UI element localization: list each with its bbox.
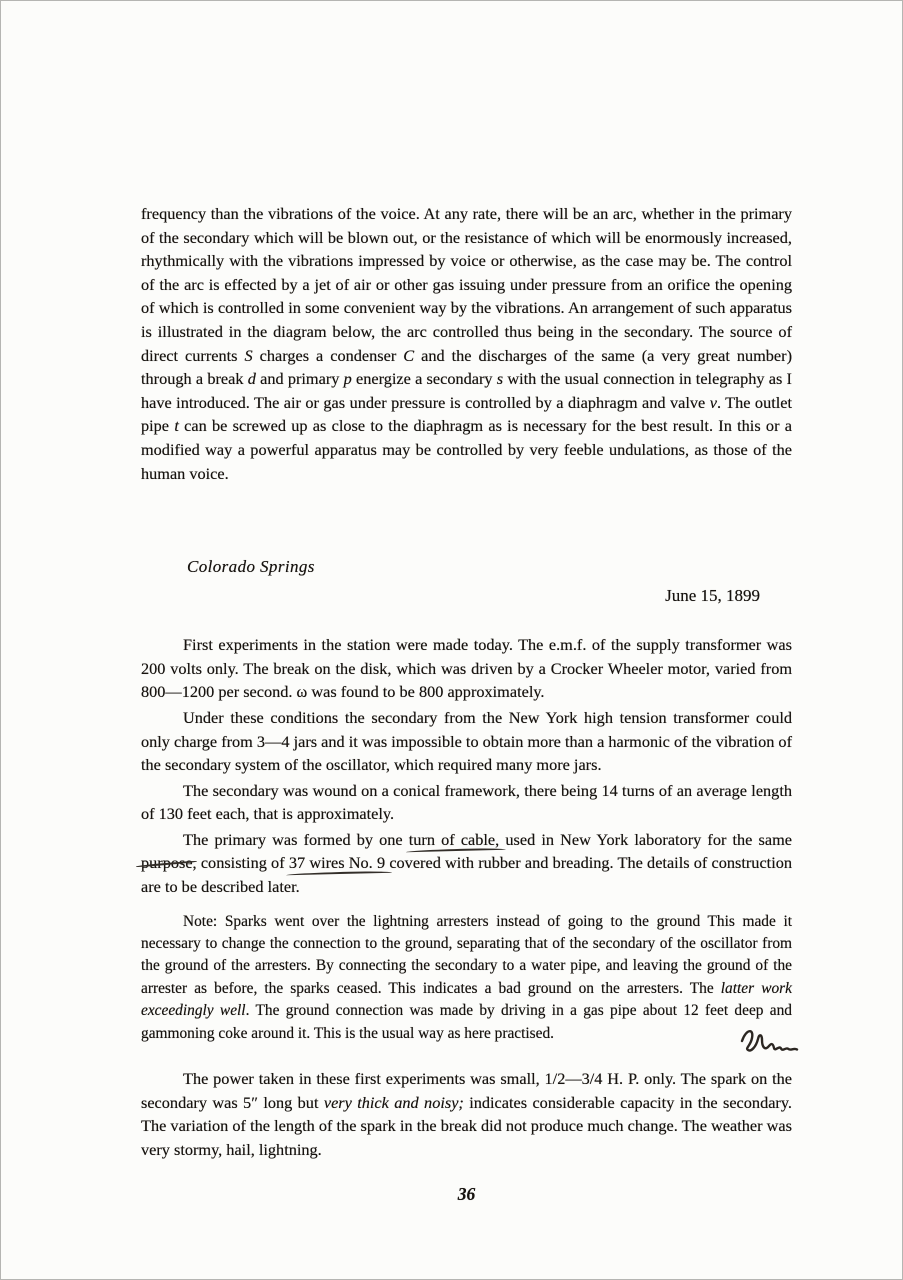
- scanned-document-page: frequency than the vibrations of the voi…: [0, 0, 903, 1280]
- page-number: 36: [141, 1184, 792, 1205]
- entry-heading: Colorado Springs June 15, 1899: [141, 557, 792, 606]
- paragraph-under-these-conditions: Under these conditions the secondary fro…: [141, 706, 792, 777]
- handwritten-squiggle-icon: [736, 1021, 802, 1061]
- intro-section: frequency than the vibrations of the voi…: [141, 202, 792, 485]
- entry-body: First experiments in the station were ma…: [141, 633, 792, 1161]
- pen-underline-annotation: turn of cable,: [409, 830, 499, 849]
- pen-strike-annotation: purpose: [141, 853, 193, 872]
- entry-date: June 15, 1899: [141, 586, 792, 606]
- entry-location: Colorado Springs: [141, 557, 792, 577]
- paragraph-first-experiments: First experiments in the station were ma…: [141, 633, 792, 704]
- paragraph-primary-cable: The primary was formed by one turn of ca…: [141, 828, 792, 899]
- text-column: frequency than the vibrations of the voi…: [141, 202, 792, 1161]
- paragraph-power-taken: The power taken in these first experimen…: [141, 1067, 792, 1161]
- paragraph-note-arresters: Note: Sparks went over the lightning arr…: [141, 911, 792, 1045]
- continuation-paragraph: frequency than the vibrations of the voi…: [141, 202, 792, 485]
- paragraph-secondary-wound: The secondary was wound on a conical fra…: [141, 779, 792, 826]
- pen-underline-annotation: 37 wires No. 9: [289, 853, 385, 872]
